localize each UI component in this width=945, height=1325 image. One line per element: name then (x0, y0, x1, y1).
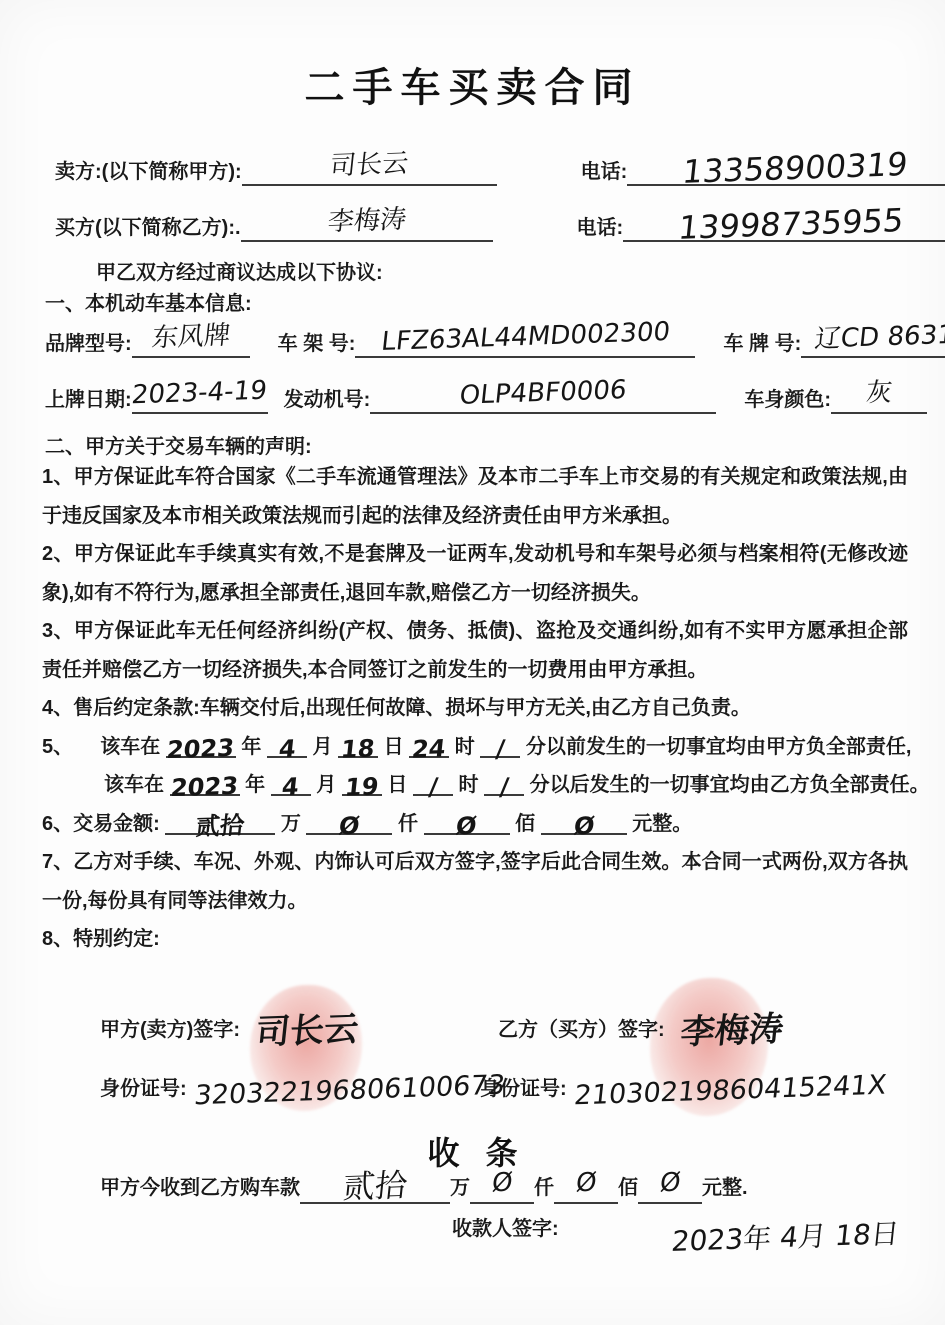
receipt-yuan-blank: Ø (638, 1168, 702, 1204)
declaration-clauses: 1、甲方保证此车符合国家《二手车流通管理法》及本市二手车上市交易的有关规定和政策… (42, 458, 908, 959)
buyer-id-row: 身份证号: 21030219860415241X (480, 1072, 885, 1105)
amount-yuan-blank: Ø (541, 805, 627, 835)
clause-4: 4、售后约定条款:车辆交付后,出现任何故障、损坏与甲方无关,由乙方自己负责。 (42, 689, 908, 728)
clause-6-label: 6、交易金额: (42, 813, 160, 835)
buyer-name-handwriting: 李梅涛 (326, 207, 407, 236)
amount-wan-blank: 贰拾 (165, 805, 275, 835)
clause-5b-minute: / (498, 775, 509, 799)
seller-phone-blank: 13358900319 (627, 150, 945, 186)
receipt-date: 2023年 4月 18日 (672, 1222, 899, 1250)
seller-id-row: 身份证号: 320322196806100673 (100, 1072, 504, 1105)
buyer-signature-row: 乙方（买方）签字: 李梅涛 (498, 1012, 783, 1046)
plate-handwriting: 辽CD 86318 (813, 321, 945, 352)
seller-label: 卖方:(以下简称甲方): (55, 162, 242, 186)
amount-bai-handwriting: Ø (455, 813, 478, 838)
seller-row: 卖方:(以下简称甲方): 司长云 电话: 13358900319 (55, 150, 945, 186)
buyer-row: 买方(以下简称乙方):. 李梅涛 电话: 13998735955 (55, 206, 945, 242)
amount-bai-blank: Ø (424, 805, 510, 835)
clause-5a-hour-unit: 时 (455, 736, 475, 758)
brand-blank: 东风牌 (132, 322, 250, 358)
reg-date-handwriting: 2023-4-19 (131, 378, 269, 409)
amount-wan-unit: 万 (281, 813, 301, 835)
clause-5b-month-blank: 4 (271, 766, 311, 796)
clause-5a-month-unit: 月 (313, 736, 333, 758)
clause-5b-day: 19 (344, 774, 380, 799)
buyer-name-blank: 李梅涛 (241, 206, 493, 242)
clause-5a-minute-blank: / (480, 728, 520, 758)
buyer-signature-label: 乙方（买方）签字: (498, 1013, 665, 1046)
receipt-bai-handwriting: Ø (574, 1170, 597, 1197)
receipt-wan-blank: 贰拾 (300, 1168, 450, 1204)
clause-5a-rest: 分以前发生的一切事宜均由甲方负全部责任, (526, 736, 912, 758)
amount-yuan-handwriting: Ø (572, 813, 595, 838)
clause-5-number: 5、 (42, 736, 73, 758)
clause-5a-day: 18 (340, 736, 376, 761)
clause-5b-month: 4 (281, 775, 300, 800)
clause-5a-year: 2023 (166, 735, 236, 761)
section2-heading: 二、甲方关于交易车辆的声明: (45, 430, 312, 459)
clause-5a-day-blank: 18 (338, 728, 378, 758)
clause-5-line2: 该车在 2023 年 4 月 19 日 / 时 / 分以后发生的一切事宜均由乙方… (42, 766, 908, 805)
receipt-amount-line: 甲方今收到乙方购车款 贰拾 万 Ø 仟 Ø 佰 Ø 元整. (100, 1168, 748, 1204)
clause-7: 7、乙方对手续、车况、外观、内饰认可后双方签字,签字后此合同生效。本合同一式两份… (42, 843, 908, 920)
vin-blank: LFZ63AL44MD002300 (355, 322, 695, 358)
clause-5b-year-blank: 2023 (170, 766, 240, 796)
amount-qian-handwriting: Ø (338, 813, 361, 838)
plate-label: 车 牌 号: (723, 334, 801, 358)
seller-signature-label: 甲方(卖方)签字: (100, 1013, 240, 1046)
receipt-wan-unit: 万 (450, 1171, 470, 1204)
reg-date-label: 上牌日期: (45, 390, 132, 414)
engine-blank: OLP4BF0006 (370, 378, 716, 414)
brand-handwriting: 东风牌 (150, 323, 231, 352)
clause-5b-year: 2023 (170, 774, 240, 800)
clause-5b-hour-blank: / (413, 766, 453, 796)
clause-5-line1: 5、 该车在 2023 年 4 月 18 日 24 时 / 分以前发生的一切事宜… (42, 728, 908, 767)
clause-5b-rest: 分以后发生的一切事宜均由乙方负全部责任。 (530, 774, 930, 796)
clause-5a-minute: / (495, 736, 506, 760)
seller-id-handwriting: 320322196806100673 (193, 1072, 506, 1110)
amount-qian-blank: Ø (306, 805, 392, 835)
seller-phone-handwriting: 13358900319 (681, 148, 909, 188)
receipt-wan-handwriting: 贰拾 (341, 1169, 409, 1203)
receipt-date-handwriting: 2023年 4月 18日 (670, 1220, 900, 1256)
reg-date-blank: 2023-4-19 (132, 378, 268, 414)
clause-5a-hour-blank: 24 (409, 728, 449, 758)
receipt-yuan-handwriting: Ø (658, 1170, 681, 1197)
clause-5b-day-unit: 日 (387, 774, 407, 796)
receipt-yuan-unit: 元整. (702, 1171, 748, 1204)
buyer-phone-handwriting: 13998735955 (677, 204, 905, 244)
seller-phone-label: 电话: (581, 162, 628, 186)
seller-name-handwriting: 司长云 (329, 151, 410, 180)
amount-wan-handwriting: 贰拾 (195, 813, 246, 839)
clause-5b-month-unit: 月 (316, 774, 336, 796)
intro-line: 甲乙双方经过商议达成以下协议: (96, 256, 383, 285)
vehicle-row-2: 上牌日期: 2023-4-19 发动机号: OLP4BF0006 车身颜色: 灰 (45, 378, 927, 414)
payee-signature-label: 收款人签字: (452, 1212, 559, 1241)
page-title: 二手车买卖合同 (0, 56, 945, 113)
amount-bai-unit: 佰 (515, 813, 535, 835)
clause-5b-day-blank: 19 (342, 766, 382, 796)
clause-5a-year-unit: 年 (241, 736, 261, 758)
clause-5a-pre: 该车在 (100, 736, 160, 758)
engine-handwriting: OLP4BF0006 (459, 377, 629, 409)
brand-label: 品牌型号: (45, 334, 132, 358)
clause-5b-pre: 该车在 (104, 774, 164, 796)
clause-6: 6、交易金额: 贰拾 万 Ø 仟 Ø 佰 Ø 元整。 (42, 805, 908, 844)
engine-label: 发动机号: (284, 390, 371, 414)
seller-signature-row: 甲方(卖方)签字: 司长云 (100, 1012, 358, 1046)
seller-signature-handwriting: 司长云 (254, 1012, 360, 1050)
section1-heading: 一、本机动车基本信息: (45, 287, 252, 316)
clause-5b-minute-blank: / (484, 766, 524, 796)
clause-1: 1、甲方保证此车符合国家《二手车流通管理法》及本市二手车上市交易的有关规定和政策… (42, 458, 908, 535)
clause-5a-month: 4 (277, 736, 296, 761)
vin-handwriting: LFZ63AL44MD002300 (380, 319, 671, 355)
clause-5b-hour: / (427, 775, 438, 799)
clause-3: 3、甲方保证此车无任何经济纠纷(产权、债务、抵债)、盗抢及交通纠纷,如有不实甲方… (42, 612, 908, 689)
buyer-label: 买方(以下简称乙方):. (55, 218, 241, 242)
amount-yuan-unit: 元整。 (632, 813, 692, 835)
vehicle-row-1: 品牌型号: 东风牌 车 架 号: LFZ63AL44MD002300 车 牌 号… (45, 322, 945, 358)
color-label: 车身颜色: (744, 390, 831, 414)
receipt-qian-blank: Ø (470, 1168, 534, 1204)
vin-label: 车 架 号: (278, 334, 356, 358)
clause-5a-month-blank: 4 (267, 728, 307, 758)
receipt-line-pre: 甲方今收到乙方购车款 (100, 1171, 300, 1204)
clause-8: 8、特别约定: (42, 920, 908, 959)
buyer-id-label: 身份证号: (480, 1072, 567, 1105)
buyer-id-handwriting: 21030219860415241X (573, 1072, 888, 1110)
buyer-signature-handwriting: 李梅涛 (679, 1012, 785, 1050)
contract-page: 二手车买卖合同 卖方:(以下简称甲方): 司长云 电话: 13358900319… (0, 0, 945, 1325)
seller-id-label: 身份证号: (100, 1072, 187, 1105)
buyer-phone-label: 电话: (577, 218, 624, 242)
seller-name-blank: 司长云 (242, 150, 497, 186)
receipt-bai-unit: 佰 (618, 1171, 638, 1204)
amount-qian-unit: 仟 (398, 813, 418, 835)
receipt-qian-handwriting: Ø (490, 1170, 513, 1197)
clause-5a-hour: 24 (411, 736, 447, 761)
clause-2: 2、甲方保证此车手续真实有效,不是套牌及一证两车,发动机号和车架号必须与档案相符… (42, 535, 908, 612)
clause-5b-hour-unit: 时 (459, 774, 479, 796)
color-blank: 灰 (831, 378, 927, 414)
receipt-bai-blank: Ø (554, 1168, 618, 1204)
clause-5a-year-blank: 2023 (166, 728, 236, 758)
clause-5b-year-unit: 年 (245, 774, 265, 796)
plate-blank: 辽CD 86318 (801, 322, 945, 358)
color-handwriting: 灰 (865, 380, 894, 407)
buyer-phone-blank: 13998735955 (623, 206, 945, 242)
clause-5a-day-unit: 日 (384, 736, 404, 758)
receipt-qian-unit: 仟 (534, 1171, 554, 1204)
